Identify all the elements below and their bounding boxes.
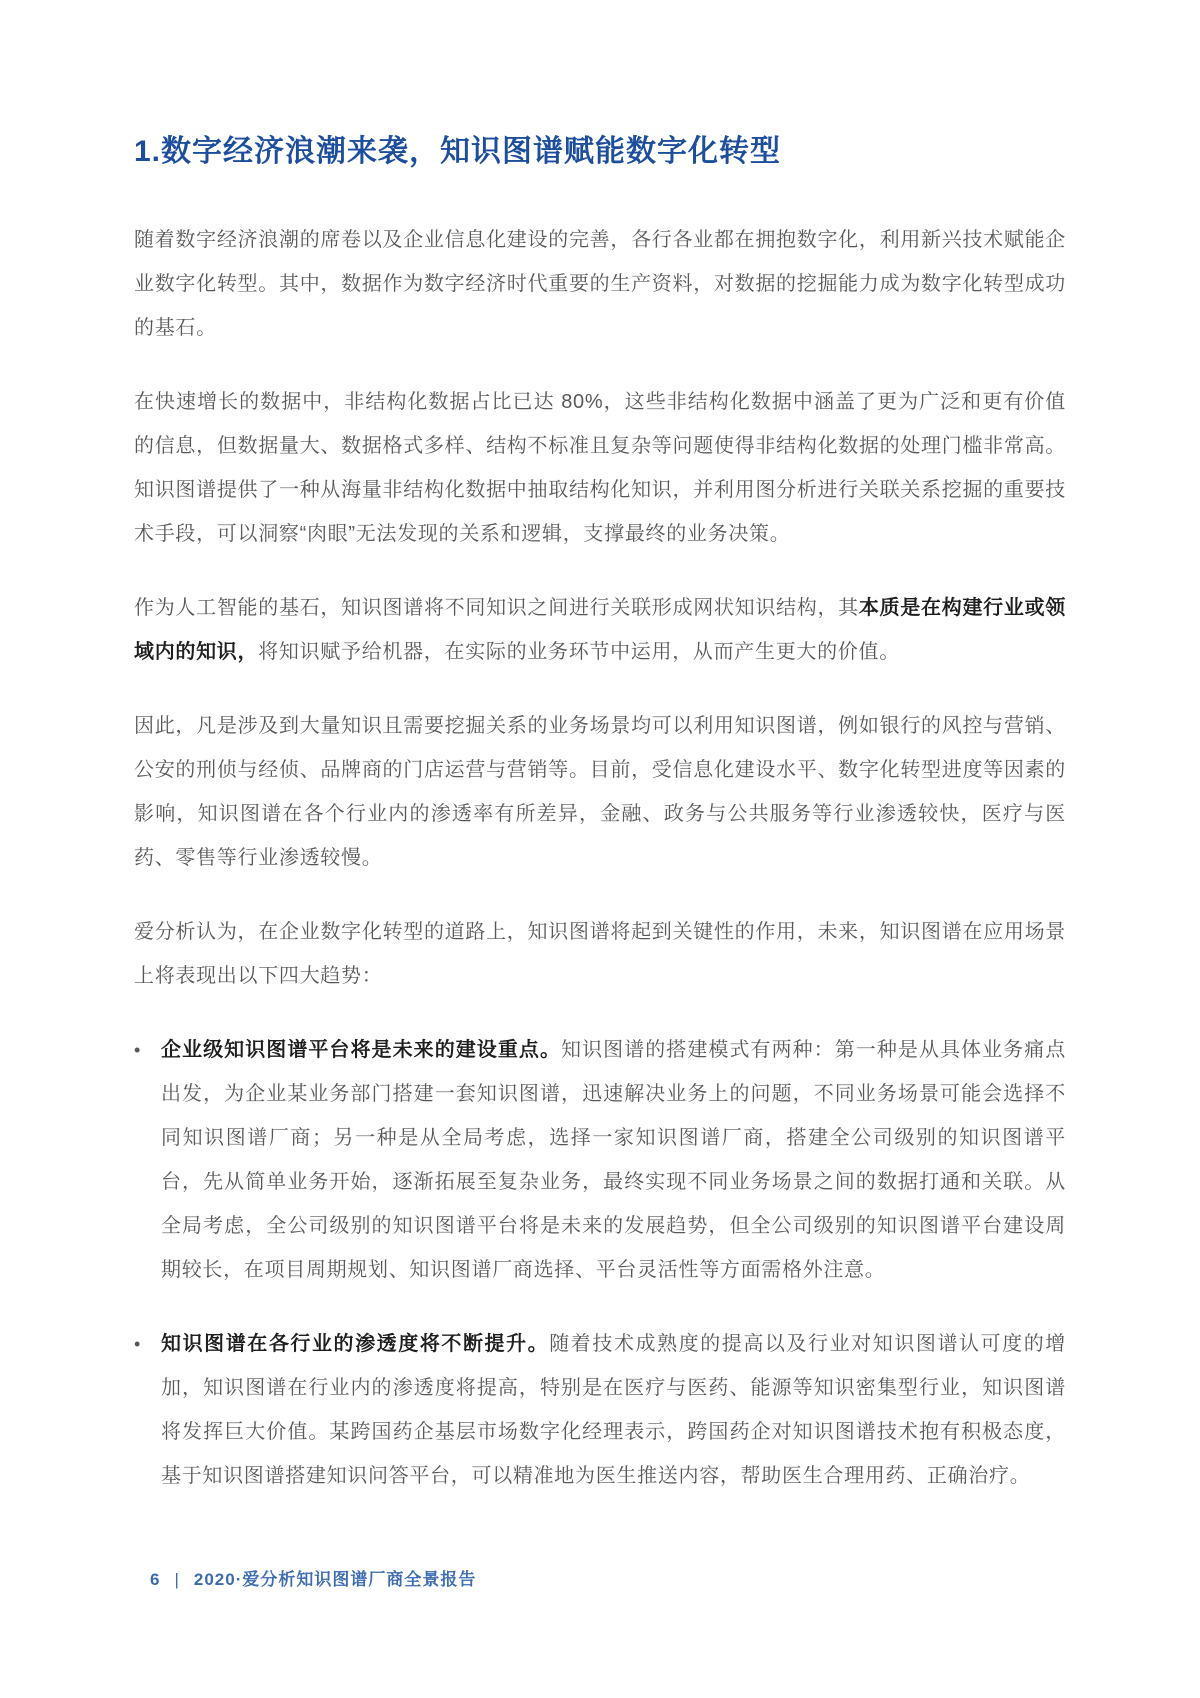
paragraph-4: 因此，凡是涉及到大量知识且需要挖掘关系的业务场景均可以利用知识图谱，例如银行的风… bbox=[134, 704, 1066, 880]
footer-report-title: 2020·爱分析知识图谱厂商全景报告 bbox=[194, 1568, 476, 1592]
paragraph-2: 在快速增长的数据中，非结构化数据占比已达 80%，这些非结构化数据中涵盖了更为广… bbox=[134, 380, 1066, 556]
page-number: 6 bbox=[150, 1568, 160, 1592]
paragraph-2-text: 在快速增长的数据中，非结构化数据占比已达 80%，这些非结构化数据中涵盖了更为广… bbox=[134, 391, 1066, 545]
bullet-1-text: 知识图谱的搭建模式有两种：第一种是从具体业务痛点出发，为企业某业务部门搭建一套知… bbox=[161, 1039, 1066, 1281]
paragraph-5: 爱分析认为，在企业数字化转型的道路上，知识图谱将起到关键性的作用，未来，知识图谱… bbox=[134, 910, 1066, 998]
paragraph-3-suffix: 将知识赋予给机器，在实际的业务环节中运用，从而产生更大的价值。 bbox=[258, 641, 900, 663]
bullet-1-bold: 企业级知识图谱平台将是未来的建设重点。 bbox=[161, 1039, 561, 1061]
trend-bullet-list: • 企业级知识图谱平台将是未来的建设重点。知识图谱的搭建模式有两种：第一种是从具… bbox=[134, 1028, 1066, 1498]
section-title: 1.数字经济浪潮来袭，知识图谱赋能数字化转型 bbox=[134, 132, 1066, 172]
paragraph-3-prefix: 作为人工智能的基石，知识图谱将不同知识之间进行关联形成网状知识结构，其 bbox=[134, 597, 859, 619]
footer-separator: | bbox=[174, 1568, 179, 1592]
bullet-dot-icon: • bbox=[134, 1322, 161, 1498]
bullet-2-text: 随着技术成熟度的提高以及行业对知识图谱认可度的增加，知识图谱在行业内的渗透度将提… bbox=[161, 1333, 1066, 1487]
bullet-1-content: 企业级知识图谱平台将是未来的建设重点。知识图谱的搭建模式有两种：第一种是从具体业… bbox=[161, 1028, 1066, 1292]
paragraph-1-text: 随着数字经济浪潮的席卷以及企业信息化建设的完善，各行各业都在拥抱数字化，利用新兴… bbox=[134, 229, 1066, 339]
bullet-item-industry-penetration: • 知识图谱在各行业的渗透度将不断提升。随着技术成熟度的提高以及行业对知识图谱认… bbox=[134, 1322, 1066, 1498]
report-page: 1.数字经济浪潮来袭，知识图谱赋能数字化转型 随着数字经济浪潮的席卷以及企业信息… bbox=[0, 0, 1200, 1698]
paragraph-4-text: 因此，凡是涉及到大量知识且需要挖掘关系的业务场景均可以利用知识图谱，例如银行的风… bbox=[134, 715, 1066, 869]
bullet-item-enterprise-platform: • 企业级知识图谱平台将是未来的建设重点。知识图谱的搭建模式有两种：第一种是从具… bbox=[134, 1028, 1066, 1292]
bullet-2-content: 知识图谱在各行业的渗透度将不断提升。随着技术成熟度的提高以及行业对知识图谱认可度… bbox=[161, 1322, 1066, 1498]
paragraph-3: 作为人工智能的基石，知识图谱将不同知识之间进行关联形成网状知识结构，其本质是在构… bbox=[134, 586, 1066, 674]
bullet-2-bold: 知识图谱在各行业的渗透度将不断提升。 bbox=[161, 1333, 549, 1355]
paragraph-5-text: 爱分析认为，在企业数字化转型的道路上，知识图谱将起到关键性的作用，未来，知识图谱… bbox=[134, 921, 1066, 987]
page-footer: 6 | 2020·爱分析知识图谱厂商全景报告 bbox=[150, 1568, 476, 1592]
paragraph-1: 随着数字经济浪潮的席卷以及企业信息化建设的完善，各行各业都在拥抱数字化，利用新兴… bbox=[134, 218, 1066, 350]
bullet-dot-icon: • bbox=[134, 1028, 161, 1292]
